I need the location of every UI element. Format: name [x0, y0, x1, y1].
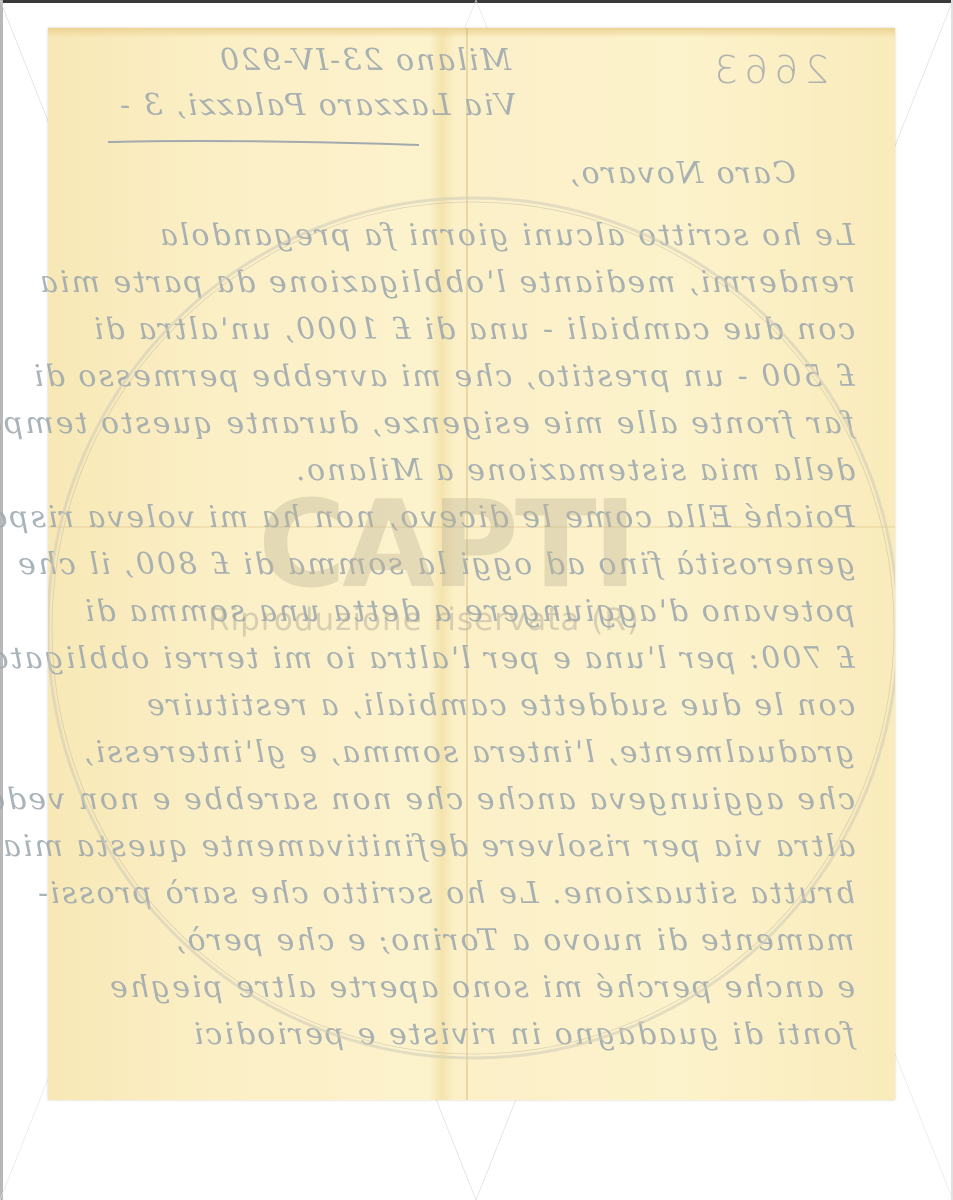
address-underline: [106, 138, 421, 148]
scan-top-border: [0, 0, 953, 3]
letter-date: Milano 23-IV-920: [218, 43, 511, 78]
letter-line: e anche perché mi sono aperte altre pieg…: [108, 970, 855, 1005]
letter-line: far fronte alle mie esigenze, durante qu…: [0, 406, 855, 441]
watermark-logo: CAPTI: [258, 486, 633, 606]
scan-left-border: [0, 0, 3, 1200]
letter-line: £ 700: per l'una e per l'altra io mi ter…: [0, 641, 855, 676]
letter-line: che aggiungeva anche che non sarebbe e n…: [0, 782, 855, 817]
letter-line: fonti di guadagno in riviste e periodici: [192, 1017, 855, 1052]
archive-number: 2663: [708, 48, 829, 92]
letter-line: £ 500 - un prestito, che mi avrebbe perm…: [32, 359, 855, 394]
letter-line: altra via per risolvere definitivamente …: [1, 829, 855, 864]
letter-line: rendermi, mediante l'obbligazione da par…: [38, 265, 855, 300]
letter-line: mamente di nuovo a Torino; e che però,: [174, 923, 855, 958]
letter-line: Le ho scritto alcuni giorni fa pregandol…: [158, 218, 855, 253]
letter-line: con due cambiali - una di £ 1000, un'alt…: [92, 312, 855, 347]
letter-line: con le due suddette cambiali, a restitui…: [145, 688, 855, 723]
watermark-caption: Riproduzione riservata (R): [208, 602, 640, 638]
letter-line: gradualmente, l'intera somma, e gl'inter…: [82, 735, 855, 770]
letter-address: Via Lazzaro Palazzi, 3 -: [118, 88, 517, 123]
letter-line: brutta situazione. Le ho scritto che sar…: [36, 876, 855, 911]
salutation: Caro Novaro,: [568, 156, 796, 191]
